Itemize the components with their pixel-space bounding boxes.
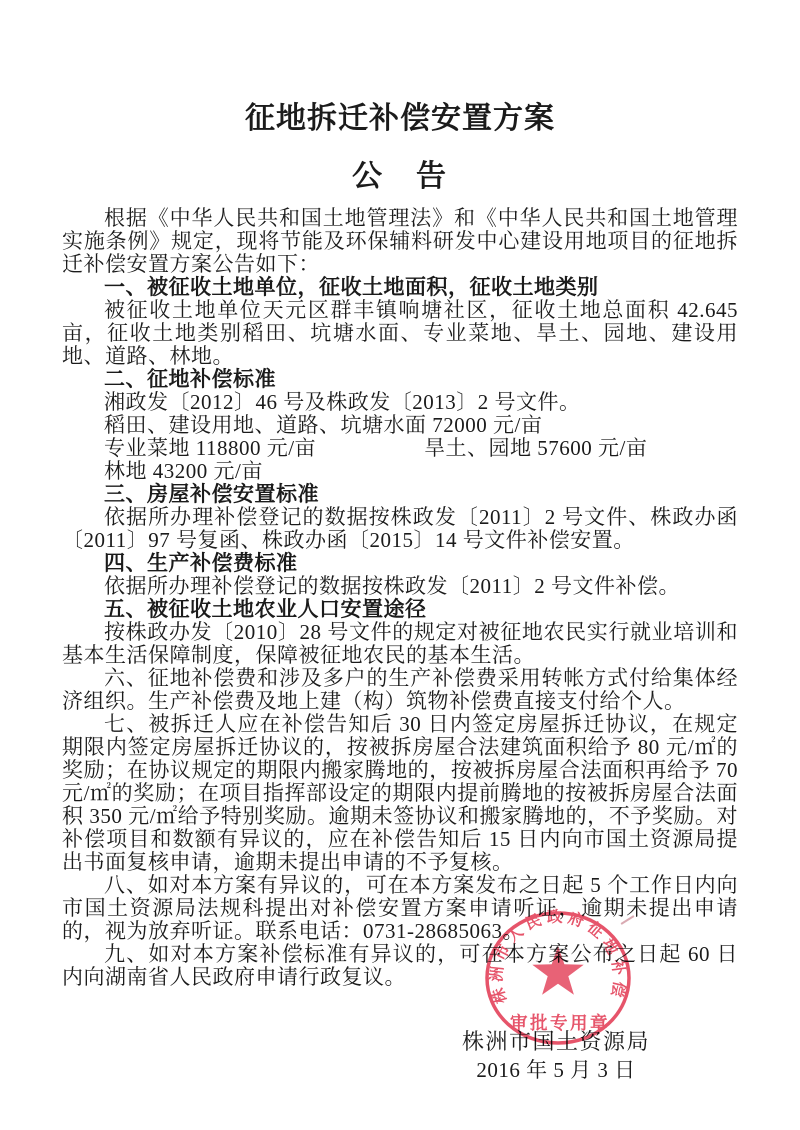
section-heading-2: 二、征地补偿标准 (62, 368, 738, 391)
paragraph-payment-method: 六、征地补偿费和涉及多户的生产补偿费采用转帐方式付给集体经济组织。生产补偿费及地… (62, 667, 738, 713)
paragraph-land-info: 被征收土地单位天元区群丰镇响塘社区，征收土地总面积 42.645 亩，征收土地类… (62, 299, 738, 368)
paragraph-hearing: 八、如对本方案有异议的，可在本方案发布之日起 5 个工作日内向市国土资源局法规科… (62, 874, 738, 943)
paragraph-review: 九、如对本方案补偿标准有异议的，可在本方案公布之日起 60 日内向湖南省人民政府… (62, 943, 738, 989)
paragraph-housing: 依据所办理补偿登记的数据按株政发〔2011〕2 号文件、株政办函〔2011〕97… (62, 506, 738, 552)
rate-line-2-right: 旱土、园地 57600 元/亩 (424, 436, 647, 460)
signature-org: 株洲市国土资源局 (462, 1029, 650, 1055)
paragraph-demolition-reward: 七、被拆迁人应在补偿告知后 30 日内签定房屋拆迁协议，在规定期限内签定房屋拆迁… (62, 713, 738, 874)
rate-line-1: 稻田、建设用地、道路、坑塘水面 72000 元/亩 (62, 414, 738, 437)
paragraph-resettlement: 按株政办发〔2010〕28 号文件的规定对被征地农民实行就业培训和基本生活保障制… (62, 621, 738, 667)
rate-line-2-left: 专业菜地 118800 元/亩 (104, 436, 316, 460)
document-subtitle: 公 告 (62, 160, 738, 194)
paragraph-policy-docs: 湘政发〔2012〕46 号及株政发〔2013〕2 号文件。 (62, 391, 738, 414)
signature-date: 2016 年 5 月 3 日 (462, 1057, 650, 1083)
rate-line-2: 专业菜地 118800 元/亩旱土、园地 57600 元/亩 (62, 437, 738, 460)
document-title: 征地拆迁补偿安置方案 (62, 102, 738, 136)
section-heading-5: 五、被征收土地农业人口安置途径 (62, 598, 738, 621)
document-body: 征地拆迁补偿安置方案 公 告 根据《中华人民共和国土地管理法》和《中华人民共和国… (62, 0, 738, 989)
section-heading-3: 三、房屋补偿安置标准 (62, 483, 738, 506)
section-heading-1: 一、被征收土地单位，征收土地面积，征收土地类别 (62, 276, 738, 299)
rate-line-3: 林地 43200 元/亩 (62, 460, 738, 483)
scanned-document-page: 征地拆迁补偿安置方案 公 告 根据《中华人民共和国土地管理法》和《中华人民共和国… (0, 0, 800, 1130)
section-heading-4: 四、生产补偿费标准 (62, 552, 738, 575)
paragraph-intro: 根据《中华人民共和国土地管理法》和《中华人民共和国土地管理实施条例》规定，现将节… (62, 207, 738, 276)
document-content: 根据《中华人民共和国土地管理法》和《中华人民共和国土地管理实施条例》规定，现将节… (62, 207, 738, 989)
signature-block: 株洲市国土资源局 2016 年 5 月 3 日 (462, 1029, 650, 1083)
paragraph-production: 依据所办理补偿登记的数据按株政发〔2011〕2 号文件补偿。 (62, 575, 738, 598)
